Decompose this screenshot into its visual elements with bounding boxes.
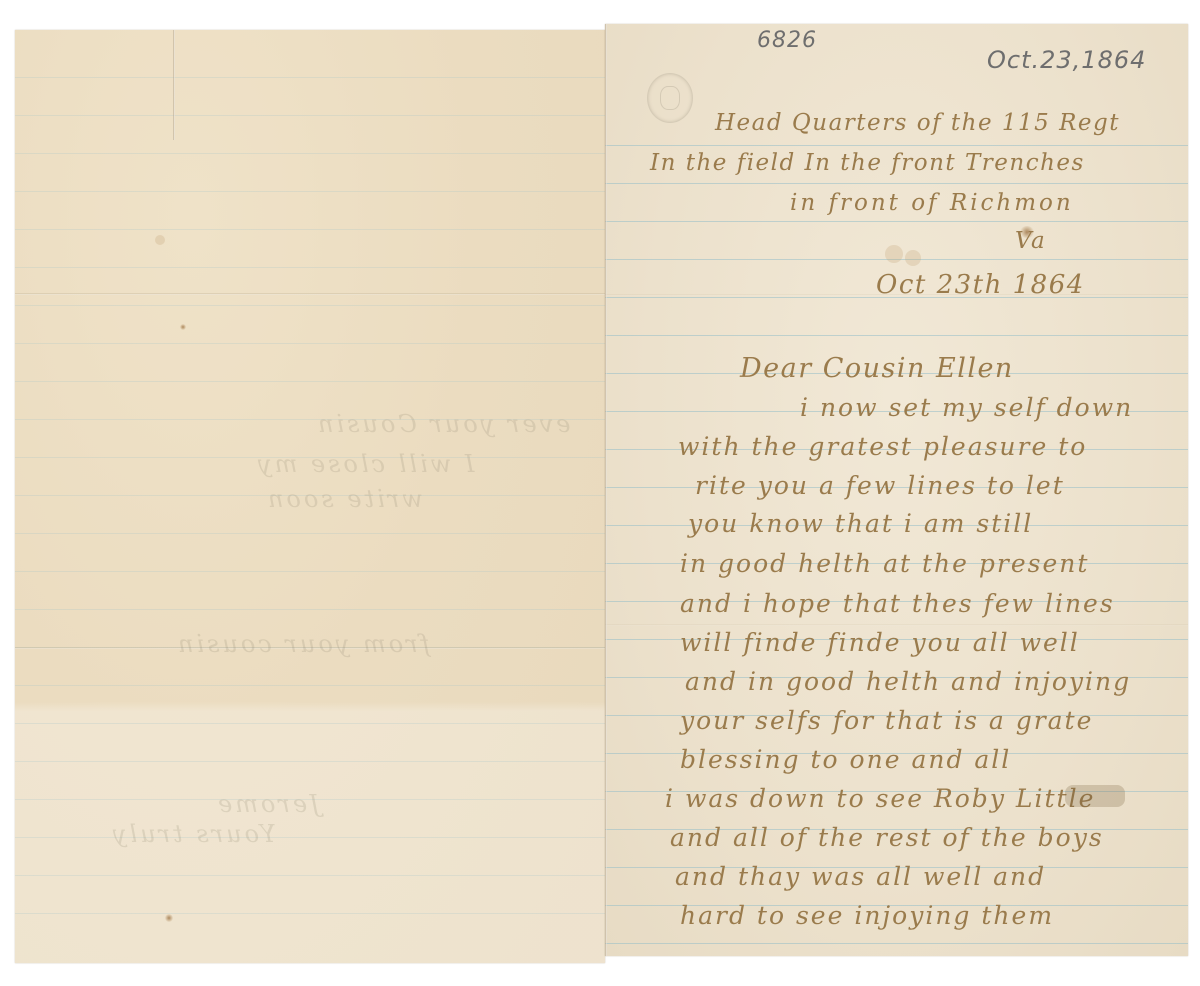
body-line-11: i was down to see Roby Little [665, 784, 1095, 813]
bleed-through-text: Jerome [215, 790, 320, 818]
body-line-1: i now set my self down [800, 393, 1133, 422]
letter-date: Oct 23th 1864 [876, 270, 1085, 300]
salutation: Dear Cousin Ellen [740, 353, 1014, 384]
body-line-9: your selfs for that is a grate [680, 706, 1093, 735]
heading-line-1: Head Quarters of the 115 Regt [715, 110, 1120, 136]
ink-spot [180, 324, 186, 330]
left-page: ever your Cousin I will close my write s… [15, 30, 605, 963]
bleed-through-text: write soon [265, 485, 423, 513]
body-line-4: you know that i am still [688, 509, 1033, 538]
center-fold [605, 24, 607, 956]
horizontal-fold [605, 624, 1188, 626]
body-line-6: and i hope that thes few lines [680, 589, 1115, 618]
heading-line-3: in front of Richmon [790, 190, 1074, 216]
body-line-2: with the gratest pleasure to [678, 432, 1087, 461]
body-line-14: hard to see injoying them [680, 901, 1054, 930]
bleed-through-text: Yours truly [110, 820, 276, 848]
horizontal-fold [15, 293, 605, 295]
water-spot [905, 250, 921, 266]
vertical-crease [173, 30, 175, 140]
body-line-13: and thay was all well and [675, 862, 1046, 891]
paper-spot [155, 235, 165, 245]
body-line-10: blessing to one and all [680, 745, 1011, 774]
body-line-7: will finde finde you all well [680, 628, 1080, 657]
body-line-3: rite you a few lines to let [695, 471, 1065, 500]
ink-spot [165, 914, 173, 922]
ink-smudge [1065, 785, 1125, 807]
bleed-through-text: from your cousin [175, 630, 430, 658]
body-line-5: in good helth at the present [680, 549, 1089, 578]
water-spot [885, 245, 903, 263]
body-line-8: and in good helth and injoying [685, 667, 1131, 696]
embossed-seal-icon [647, 73, 693, 123]
archive-date: Oct.23,1864 [987, 46, 1146, 74]
heading-line-2: In the field In the front Trenches [650, 150, 1085, 176]
body-line-12: and all of the rest of the boys [670, 823, 1104, 852]
archive-number: 6826 [757, 28, 817, 53]
heading-line-4: Va [1015, 228, 1046, 254]
bleed-through-text: I will close my [255, 450, 474, 478]
bleed-through-text: ever your Cousin [315, 410, 570, 438]
